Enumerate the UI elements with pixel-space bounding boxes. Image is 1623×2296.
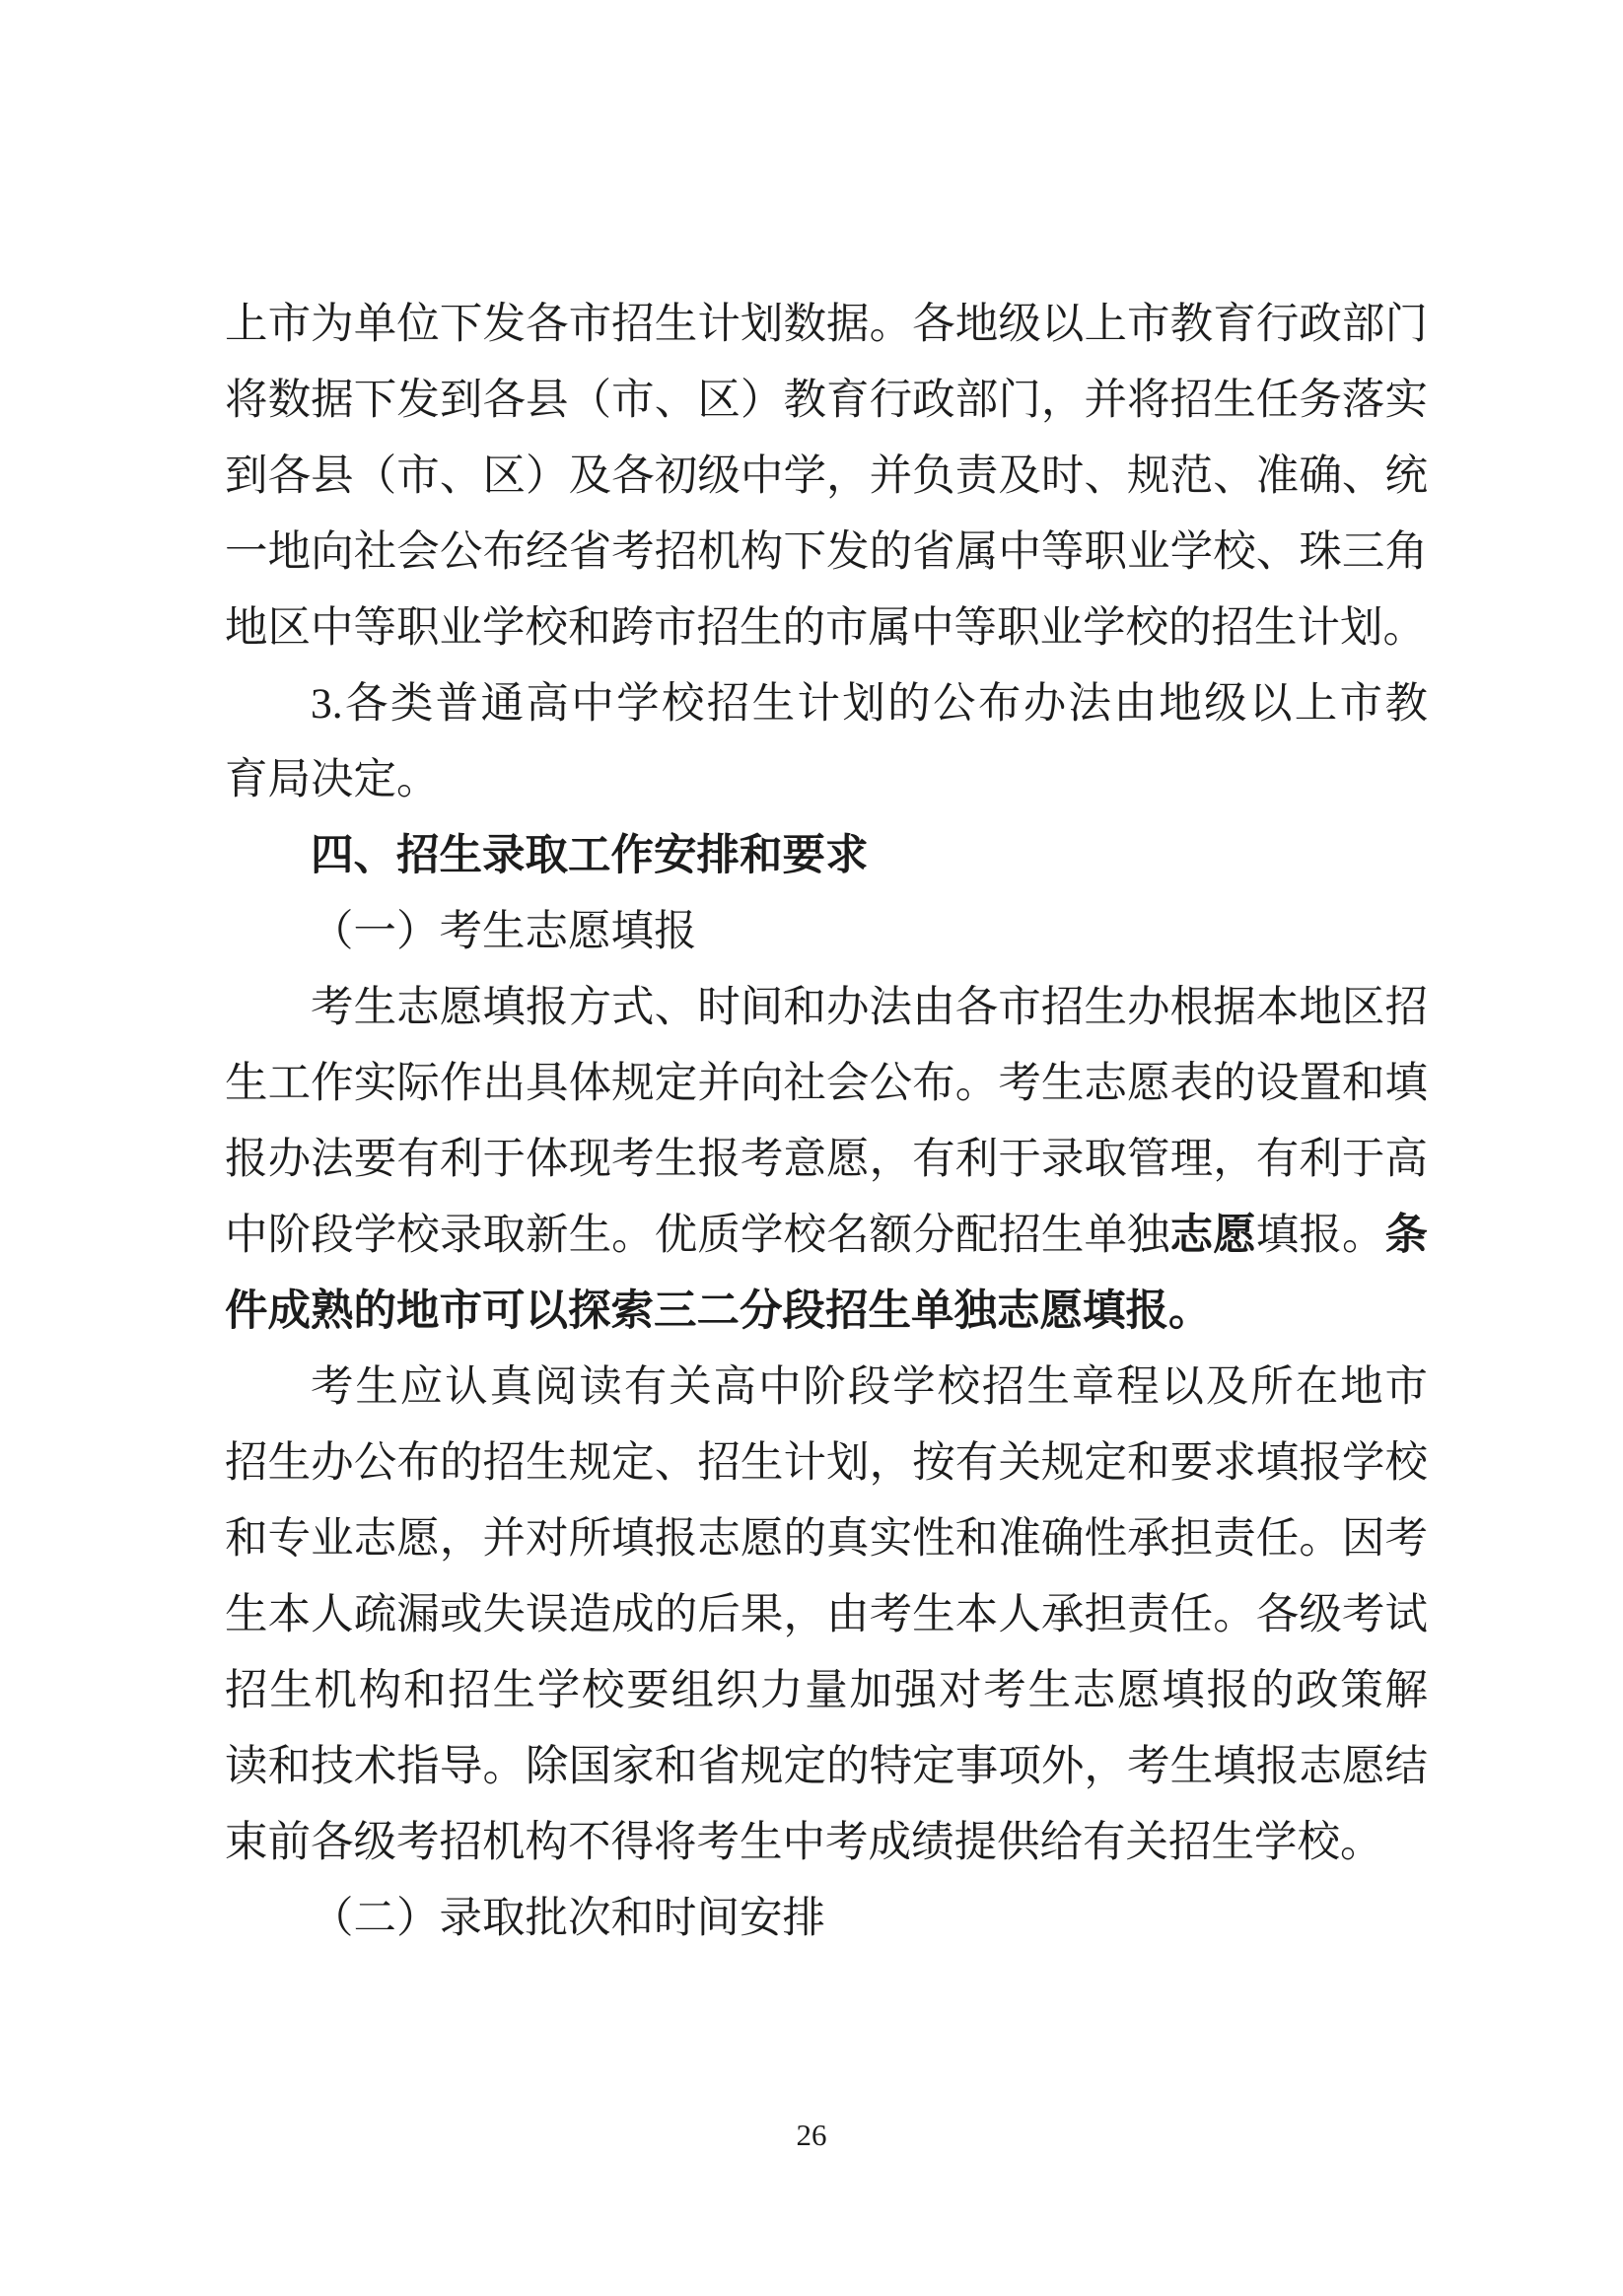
body-line: 育局决定。: [225, 742, 1428, 818]
body-line: 招生办公布的招生规定、招生计划，按有关规定和要求填报学校: [225, 1426, 1428, 1501]
document-page: 上市为单位下发各市招生计划数据。各地级以上市教育行政部门 将数据下发到各县（市、…: [0, 0, 1623, 2296]
body-line: 到各县（市、区）及各初级中学，并负责及时、规范、准确、统: [225, 439, 1428, 515]
section-heading: 四、招生录取工作安排和要求: [225, 818, 1428, 894]
body-line: 生工作实际作出具体规定并向社会公布。考生志愿表的设置和填: [225, 1046, 1428, 1122]
text-block: 上市为单位下发各市招生计划数据。各地级以上市教育行政部门 将数据下发到各县（市、…: [225, 287, 1428, 1957]
body-line: 读和技术指导。除国家和省规定的特定事项外，考生填报志愿结: [225, 1729, 1428, 1805]
body-line: 一地向社会公布经省考招机构下发的省属中等职业学校、珠三角: [225, 515, 1428, 591]
text-segment-bold: 志愿: [1170, 1212, 1256, 1259]
text-segment: 中阶段学校录取新生。优质学校名额分配招生单独: [225, 1212, 1170, 1259]
body-line: 和专业志愿，并对所填报志愿的真实性和准确性承担责任。因考: [225, 1501, 1428, 1577]
body-line: 上市为单位下发各市招生计划数据。各地级以上市教育行政部门: [225, 287, 1428, 363]
page-number: 26: [0, 2116, 1623, 2155]
subsection-heading-1: （一）考生志愿填报: [225, 894, 1428, 970]
body-line-mixed-bold: 中阶段学校录取新生。优质学校名额分配招生单独志愿填报。条: [225, 1198, 1428, 1274]
body-line: 3.各类普通高中学校招生计划的公布办法由地级以上市教: [225, 666, 1428, 742]
body-line: 束前各级考招机构不得将考生中考成绩提供给有关招生学校。: [225, 1805, 1428, 1881]
text-segment-bold: 条: [1385, 1212, 1429, 1259]
body-line: 考生志愿填报方式、时间和办法由各市招生办根据本地区招: [225, 970, 1428, 1046]
text-segment: 填报。: [1256, 1212, 1385, 1259]
body-line: 生本人疏漏或失误造成的后果，由考生本人承担责任。各级考试: [225, 1577, 1428, 1653]
body-line-bold: 件成熟的地市可以探索三二分段招生单独志愿填报。: [225, 1274, 1428, 1350]
subsection-heading-2: （二）录取批次和时间安排: [225, 1881, 1428, 1957]
body-line: 地区中等职业学校和跨市招生的市属中等职业学校的招生计划。: [225, 591, 1428, 666]
body-line: 招生机构和招生学校要组织力量加强对考生志愿填报的政策解: [225, 1653, 1428, 1729]
body-line: 报办法要有利于体现考生报考意愿，有利于录取管理，有利于高: [225, 1122, 1428, 1198]
body-line: 将数据下发到各县（市、区）教育行政部门，并将招生任务落实: [225, 363, 1428, 439]
body-line: 考生应认真阅读有关高中阶段学校招生章程以及所在地市: [225, 1350, 1428, 1426]
